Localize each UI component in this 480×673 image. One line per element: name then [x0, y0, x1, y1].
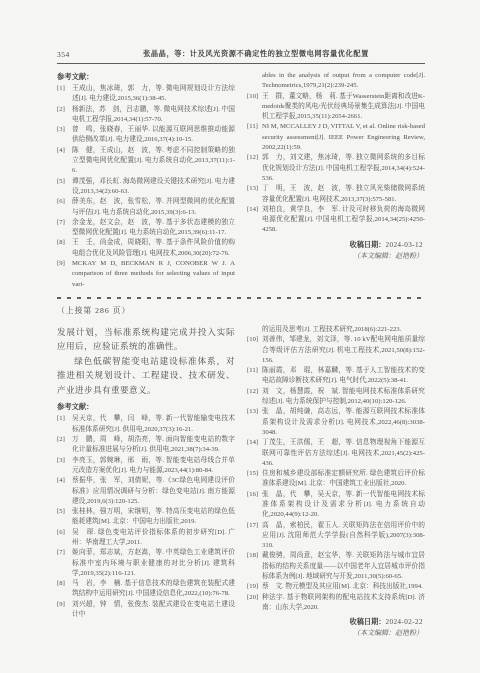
reference-item: [11] NI M, MCCALLEY J D, VITTAL V, et al…: [247, 122, 425, 153]
reference-text: 王成山，焦冰琦，郭 力，等. 微电网规划设计方法综述[J]. 电力建设,2015…: [72, 84, 235, 105]
reference-number: [2]: [57, 105, 72, 126]
reference-number: [5]: [57, 507, 72, 528]
reference-text: 刘柏良，黄学良，李 军. 计及可时移负荷的海岛微网电源优化配置[J]. 中国电机…: [262, 205, 425, 236]
body-paragraph: 绿色低碳智能变电站建设标准体系，对推进相关规划设计、工程建设、技术研发、产业进步…: [57, 354, 235, 398]
reference-number: [12]: [247, 153, 262, 184]
reference-text: 陈 健，王成山，赵 波，等. 考虑不同控制策略的独立型微电网优化配置[J]. 电…: [72, 146, 235, 177]
article2-left-reference-list: [1] 吴天京，代 攀，闫 峰，等. 新一代智能输变电技术标准体系研究[J]. …: [57, 414, 235, 620]
reference-number: [13]: [247, 407, 262, 438]
references-heading: 参考文献：: [57, 71, 235, 83]
reference-number-empty: [247, 71, 262, 92]
article1-columns: 参考文献： [1] 王成山，焦冰琦，郭 力，等. 微电网规划设计方法综述[J].…: [57, 71, 425, 290]
article2-right-column: 的运用及思考[J]. 工程技术研究,2018(6):221-223. [10] …: [247, 325, 425, 639]
reference-number: [13]: [247, 184, 262, 205]
reference-text: 刘善伟，邹建龙，刘文泽，等. 10 kV配电网电能质量综合等级评估方法研究[J]…: [262, 335, 425, 366]
reference-text: 马 岩，李 楠. 基于信息技术的绿色建筑在装配式建筑结构中运用研究[J]. 中国…: [72, 579, 235, 600]
reference-item: [7] 余金龙，赵文会，赵 波，等. 基于多状态建模的独立型微网优化配置[J].…: [57, 218, 235, 239]
reference-number: [8]: [57, 579, 72, 600]
reference-continuation-text: 的运用及思考[J]. 工程技术研究,2018(6):221-223.: [262, 325, 425, 335]
reference-text: 戴俊骋，周尚意，赵宝华，等. 关联矩阵法与城市宜居指标的结构关系度量——以中国老…: [262, 551, 425, 582]
reference-item: [12] 刘 文，杨慧霞，祝 斌. 智能电网技术标准体系研究综述[J]. 电力系…: [247, 387, 425, 408]
reference-item: [10] 王 群，董文略，杨 莉. 基于Wasserstein距离和改进K-me…: [247, 92, 425, 123]
reference-item: [13] 丁 明，王 波，赵 波，等. 独立风光柴储微网系统容量优化配置[J].…: [247, 184, 425, 205]
article2-columns: 发展计划，当标准系统构建完成并投入实际应用后，应验证系统的准确性。 绿色低碳智能…: [57, 325, 425, 639]
reference-text: 万 鹏，周 峰，胡浩亮，等. 面向智能变电站的数字化计量标准进展与分析[J]. …: [72, 435, 235, 456]
reference-number: [10]: [247, 335, 262, 366]
page-content: 354 张晶晶，等：计及风光资源不确定性的独立型微电网容量优化配置 参考文献： …: [57, 48, 425, 639]
reference-number: [12]: [247, 387, 262, 408]
continued-from-note: （上接第 286 页）: [57, 305, 425, 317]
reference-number: [7]: [57, 218, 72, 239]
reference-continuation: ables in the analysis of output from a c…: [247, 71, 425, 92]
reference-item: [8] 马 岩，李 楠. 基于信息技术的绿色建筑在装配式建筑结构中运用研究[J]…: [57, 579, 235, 600]
reference-item: [7] 姬向菲，郑志斌，方赵嵩，等. 中英绿色工业建筑评价标准中室内环境与职业健…: [57, 548, 235, 579]
reference-number: [14]: [247, 438, 262, 469]
reference-text: 种法宇. 基于物联网架构的配电站技术支持系统[D]. 济南：山东大学,2020.: [262, 593, 425, 614]
reference-number: [15]: [247, 469, 262, 490]
reference-text: 郭 力，刘文建，焦冰琦，等. 独立微网系统的多目标优化规划设计方法[J]. 中国…: [262, 153, 425, 184]
page-header: 354 张晶晶，等：计及风光资源不确定性的独立型微电网容量优化配置: [57, 48, 425, 61]
reference-text: 住房和城乡建设部标准定额研究所. 绿色建筑后评价标准体系建设[M]. 北京：中国…: [262, 469, 425, 490]
reference-text: 刘兴超，钟 情，张俊杰. 装配式建设在变电站土建设计中: [72, 600, 235, 621]
reference-number: [7]: [57, 548, 72, 579]
article2-left-column: 发展计划，当标准系统构建完成并投入实际应用后，应验证系统的准确性。 绿色低碳智能…: [57, 325, 235, 620]
reference-item: [4] 陈 健，王成山，赵 波，等. 考虑不同控制策略的独立型微电网优化配置[J…: [57, 146, 235, 177]
reference-item: [5] 张桂林，强万明，宋继明，等. 特高压变电站的绿色低能耗建筑[M]. 北京…: [57, 507, 235, 528]
editor-note: （本文编辑：赵艳粉）: [247, 251, 425, 262]
reference-text: NI M, MCCALLEY J D, VITTAL V, et al. Onl…: [262, 122, 425, 153]
reference-item: [9] 刘兴超，钟 情，张俊杰. 装配式建设在变电站土建设计中: [57, 600, 235, 621]
reference-item: [17] 高 晶，索柏民，翟玉人. 关联矩阵法在信用评价中的应用[J]. 沈阳师…: [247, 521, 425, 552]
reference-text: 蔡 文. 物元模型及其应用[M]. 北京：科技出版社,1994.: [262, 582, 425, 592]
reference-number: [18]: [247, 551, 262, 582]
reference-item: [6] 吴 琛. 绿色变电站评价指标体系的初步研究[D]. 广州：华南理工大学,…: [57, 528, 235, 549]
reference-number: [9]: [57, 259, 72, 290]
reference-number: [14]: [247, 205, 262, 236]
reference-item: [9] MCKAY M D, BECKMAN R J, CONOBER W J.…: [57, 259, 235, 290]
reference-item: [1] 吴天京，代 攀，闫 峰，等. 新一代智能输变电技术标准体系研究[J]. …: [57, 414, 235, 435]
journal-page: 354 张晶晶，等：计及风光资源不确定性的独立型微电网容量优化配置 参考文献： …: [0, 0, 480, 673]
received-date-label: 收稿日期：: [350, 240, 386, 249]
reference-text: 刘 文，杨慧霞，祝 斌. 智能电网技术标准体系研究综述[J]. 电力系统保护与控…: [262, 387, 425, 408]
section-separator: [57, 297, 425, 299]
header-rule: [57, 63, 425, 64]
reference-text: 张 晶，代 攀，吴天京，等. 新一代智能电网技术标准体系架构设计及需求分析[J]…: [262, 490, 425, 521]
reference-number: [11]: [247, 122, 262, 153]
reference-item: [1] 王成山，焦冰琦，郭 力，等. 微电网规划设计方法综述[J]. 电力建设,…: [57, 84, 235, 105]
reference-number: [1]: [57, 84, 72, 105]
reference-number: [6]: [57, 197, 72, 218]
reference-item: [5] 谭茂强，邓长虹. 海岛微网建设关键技术研究[J]. 电力建设,2013,…: [57, 177, 235, 198]
body-paragraph: 发展计划，当标准系统构建完成并投入实际应用后，应验证系统的准确性。: [57, 325, 235, 354]
reference-item: [8] 王 壬，尚金成，周晓阳，等. 基于条件风险价值的购电组合优化及风险管理[…: [57, 238, 235, 259]
article1-right-column: ables in the analysis of output from a c…: [247, 71, 425, 262]
reference-text: 陈丽霞，邓 琨，林嘉麟，等. 基于人工智能技术的变电站故障诊断技术研究[J]. …: [262, 366, 425, 387]
reference-text: MCKAY M D, BECKMAN R J, CONOBER W J. A c…: [72, 259, 235, 290]
reference-item: [3] 李亮玉，郭婉琳，邢 雨，等. 智能变电站母线合并单元改造方案优化[J].…: [57, 456, 235, 477]
reference-text: 王 壬，尚金成，周晓阳，等. 基于条件风险价值的购电组合优化及风险管理[J]. …: [72, 238, 235, 259]
reference-item: [14] 丁茂生，王洪儒，王 超，等. 信息物理视角下能源互联网可靠性评估方法综…: [247, 438, 425, 469]
reference-number: [8]: [57, 238, 72, 259]
reference-text: 李亮玉，郭婉琳，邢 雨，等. 智能变电站母线合并单元改造方案优化[J]. 电力与…: [72, 456, 235, 477]
received-date-line: 收稿日期：2024-02-22: [247, 616, 425, 628]
reference-item: [3] 曾 鸣，张晓春，王丽华. 以能源互联网思维推动能源供给侧改革[J]. 电…: [57, 125, 235, 146]
reference-number: [2]: [57, 435, 72, 456]
article1-left-reference-list: [1] 王成山，焦冰琦，郭 力，等. 微电网规划设计方法综述[J]. 电力建设,…: [57, 84, 235, 290]
reference-text: 丁茂生，王洪儒，王 超，等. 信息物理视角下能源互联网可靠性评估方法综述[J].…: [262, 438, 425, 469]
reference-item: [12] 郭 力，刘文建，焦冰琦，等. 独立微网系统的多目标优化规划设计方法[J…: [247, 153, 425, 184]
reference-number: [16]: [247, 490, 262, 521]
reference-text: 谭茂强，邓长虹. 海岛微网建设关键技术研究[J]. 电力建设,2013,34(2…: [72, 177, 235, 198]
reference-number: [4]: [57, 146, 72, 177]
received-date-label: 收稿日期：: [350, 617, 386, 626]
reference-item: [14] 刘柏良，黄学良，李 军. 计及可时移负荷的海岛微网电源优化配置[J].…: [247, 205, 425, 236]
reference-item: [20] 种法宇. 基于物联网架构的配电站技术支持系统[D]. 济南：山东大学,…: [247, 593, 425, 614]
reference-number: [17]: [247, 521, 262, 552]
reference-item: [2] 杨新法，苏 剑，吕志鹏，等. 微电网技术综述[J]. 中国电机工程学报,…: [57, 105, 235, 126]
reference-item: [6] 薛美东，赵 波，张雪松，等. 并网型微网的优化配置与评估[J]. 电力系…: [57, 197, 235, 218]
reference-continuation: 的运用及思考[J]. 工程技术研究,2018(6):221-223.: [247, 325, 425, 335]
reference-number: [5]: [57, 177, 72, 198]
reference-text: 余金龙，赵文会，赵 波，等. 基于多状态建模的独立型微网优化配置[J]. 电力系…: [72, 218, 235, 239]
reference-text: 张桂林，强万明，宋继明，等. 特高压变电站的绿色低能耗建筑[M]. 北京：中国电…: [72, 507, 235, 528]
article1-left-column: 参考文献： [1] 王成山，焦冰琦，郭 力，等. 微电网规划设计方法综述[J].…: [57, 71, 235, 290]
reference-text: 高 晶，索柏民，翟玉人. 关联矩阵法在信用评价中的应用[J]. 沈阳师范大学学报…: [262, 521, 425, 552]
reference-item: [13] 张 晶，胡纯谦，高志远，等. 能源互联网技术标准体系架构设计及需求分析…: [247, 407, 425, 438]
reference-text: 吴天京，代 攀，闫 峰，等. 新一代智能输变电技术标准体系研究[J]. 供用电,…: [72, 414, 235, 435]
reference-text: 姬向菲，郑志斌，方赵嵩，等. 中英绿色工业建筑评价标准中室内环境与职业健康的对比…: [72, 548, 235, 579]
article1-right-reference-list: [10] 王 群，董文略，杨 莉. 基于Wasserstein距离和改进K-me…: [247, 92, 425, 236]
article2-right-reference-list: [10] 刘善伟，邹建龙，刘文泽，等. 10 kV配电网电能质量综合等级评估方法…: [247, 335, 425, 613]
reference-number: [20]: [247, 593, 262, 614]
reference-number: [6]: [57, 528, 72, 549]
reference-item: [10] 刘善伟，邹建龙，刘文泽，等. 10 kV配电网电能质量综合等级评估方法…: [247, 335, 425, 366]
reference-number: [4]: [57, 476, 72, 507]
reference-item: [18] 戴俊骋，周尚意，赵宝华，等. 关联矩阵法与城市宜居指标的结构关系度量—…: [247, 551, 425, 582]
reference-number: [3]: [57, 125, 72, 146]
reference-number: [10]: [247, 92, 262, 123]
reference-text: 曾 鸣，张晓春，王丽华. 以能源互联网思维推动能源供给侧改革[J]. 电力建设,…: [72, 125, 235, 146]
received-date-line: 收稿日期：2024-03-12: [247, 239, 425, 251]
reference-item: [15] 住房和城乡建设部标准定额研究所. 绿色建筑后评价标准体系建设[M]. …: [247, 469, 425, 490]
reference-item: [11] 陈丽霞，邓 琨，林嘉麟，等. 基于人工智能技术的变电站故障诊断技术研究…: [247, 366, 425, 387]
reference-item: [16] 张 晶，代 攀，吴天京，等. 新一代智能电网技术标准体系架构设计及需求…: [247, 490, 425, 521]
reference-number: [11]: [247, 366, 262, 387]
reference-text: 吴 琛. 绿色变电站评价指标体系的初步研究[D]. 广州：华南理工大学,2011…: [72, 528, 235, 549]
reference-item: [19] 蔡 文. 物元模型及其应用[M]. 北京：科技出版社,1994.: [247, 582, 425, 592]
reference-item: [4] 蔡振华，张 军，刘倩妮，等.《3C绿色电网建设评价标准》应用情况调研与分…: [57, 476, 235, 507]
reference-number: [19]: [247, 582, 262, 592]
reference-number: [1]: [57, 414, 72, 435]
running-title: 张晶晶，等：计及风光资源不确定性的独立型微电网容量优化配置: [87, 48, 425, 61]
reference-text: 蔡振华，张 军，刘倩妮，等.《3C绿色电网建设评价标准》应用情况调研与分析：绿色…: [72, 476, 235, 507]
reference-number-empty: [247, 325, 262, 335]
reference-continuation-text: ables in the analysis of output from a c…: [262, 71, 425, 92]
page-number: 354: [57, 48, 70, 61]
reference-text: 王 群，董文略，杨 莉. 基于Wasserstein距离和改进K-medoids…: [262, 92, 425, 123]
reference-text: 杨新法，苏 剑，吕志鹏，等. 微电网技术综述[J]. 中国电机工程学报,2014…: [72, 105, 235, 126]
reference-item: [2] 万 鹏，周 峰，胡浩亮，等. 面向智能变电站的数字化计量标准进展与分析[…: [57, 435, 235, 456]
reference-text: 张 晶，胡纯谦，高志远，等. 能源互联网技术标准体系架构设计及需求分析[J]. …: [262, 407, 425, 438]
reference-text: 薛美东，赵 波，张雪松，等. 并网型微网的优化配置与评估[J]. 电力系统自动化…: [72, 197, 235, 218]
received-date-value: 2024-02-22: [385, 618, 423, 626]
reference-text: 丁 明，王 波，赵 波，等. 独立风光柴储微网系统容量优化配置[J]. 电网技术…: [262, 184, 425, 205]
editor-note: （本文编辑：赵艳粉）: [247, 628, 425, 639]
received-date-value: 2024-03-12: [385, 241, 423, 249]
reference-number: [3]: [57, 456, 72, 477]
references-heading: 参考文献：: [57, 401, 235, 413]
reference-number: [9]: [57, 600, 72, 621]
